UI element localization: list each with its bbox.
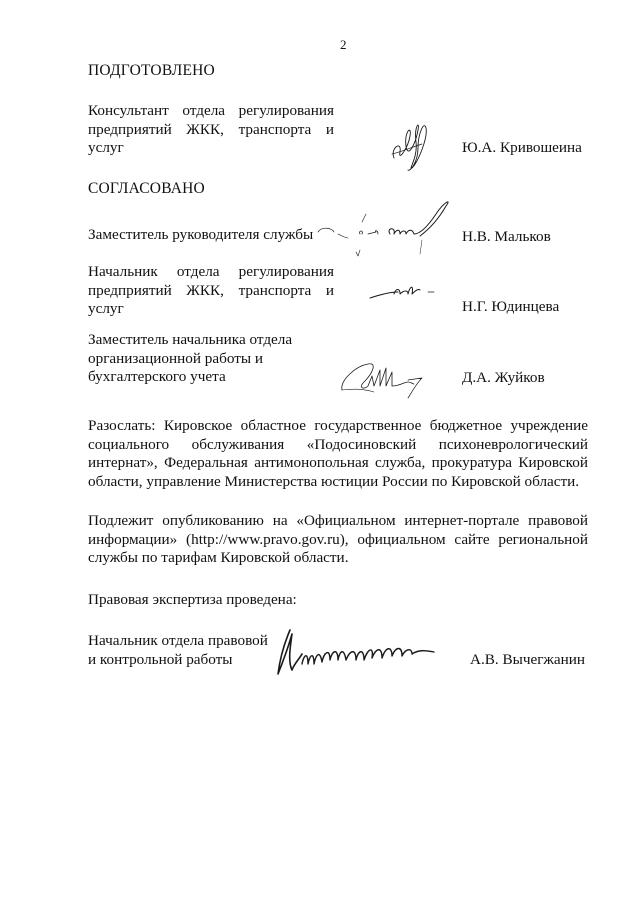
- signatory-name: Д.А. Жуйков: [462, 369, 545, 387]
- prepared-heading: ПОДГОТОВЛЕНО: [88, 62, 215, 80]
- legal-review-heading: Правовая экспертиза проведена:: [88, 591, 297, 609]
- position-line: бухгалтерского учета: [88, 368, 292, 387]
- paragraph-line: информации» (http://www.pravo.gov.ru), о…: [88, 531, 588, 550]
- signatory-name: Ю.А. Кривошеина: [462, 139, 582, 157]
- signatory-name: А.В. Вычегжанин: [470, 651, 585, 669]
- agreed-heading: СОГЛАСОВАНО: [88, 180, 205, 198]
- agreed-position-1: Заместитель руководителя службы: [88, 226, 313, 245]
- publication-paragraph: Подлежит опубликованию на «Официальном и…: [88, 512, 588, 568]
- position-line: организационной работы и: [88, 350, 292, 369]
- signature-yudintseva: [368, 280, 448, 302]
- signature-zhuykov: [338, 356, 458, 400]
- signatory-name: Н.В. Мальков: [462, 228, 551, 246]
- signature-vychegzhanin: [272, 624, 452, 680]
- agreed-position-2: Начальник отдела регулирования предприят…: [88, 263, 334, 319]
- position-line: Начальник отдела регулирования: [88, 263, 334, 282]
- signature-malkov: [316, 196, 466, 258]
- page-number: 2: [340, 36, 347, 54]
- paragraph-line: интернат», Федеральная антимонопольная с…: [88, 454, 588, 473]
- signature-krivosheina: [388, 118, 448, 174]
- position-line: услуг: [88, 300, 334, 319]
- position-line: предприятий ЖКК, транспорта и: [88, 121, 334, 140]
- paragraph-line: Разослать: Кировское областное государст…: [88, 417, 588, 436]
- paragraph-line: области, управление Министерства юстиции…: [88, 473, 588, 492]
- position-line: услуг: [88, 139, 334, 158]
- paragraph-line: службы по тарифам Кировской области.: [88, 549, 588, 568]
- agreed-position-3: Заместитель начальника отдела организаци…: [88, 331, 292, 387]
- distribution-paragraph: Разослать: Кировское областное государст…: [88, 417, 588, 491]
- prepared-position: Консультант отдела регулирования предпри…: [88, 102, 334, 158]
- paragraph-line: Подлежит опубликованию на «Официальном и…: [88, 512, 588, 531]
- legal-review-position: Начальник отдела правовой и контрольной …: [88, 632, 268, 669]
- position-line: Заместитель руководителя службы: [88, 226, 313, 245]
- position-line: предприятий ЖКК, транспорта и: [88, 282, 334, 301]
- position-line: Начальник отдела правовой: [88, 632, 268, 651]
- position-line: Заместитель начальника отдела: [88, 331, 292, 350]
- position-line: и контрольной работы: [88, 651, 268, 670]
- position-line: Консультант отдела регулирования: [88, 102, 334, 121]
- paragraph-line: социального обслуживания «Подосиновский …: [88, 436, 588, 455]
- signatory-name: Н.Г. Юдинцева: [462, 298, 559, 316]
